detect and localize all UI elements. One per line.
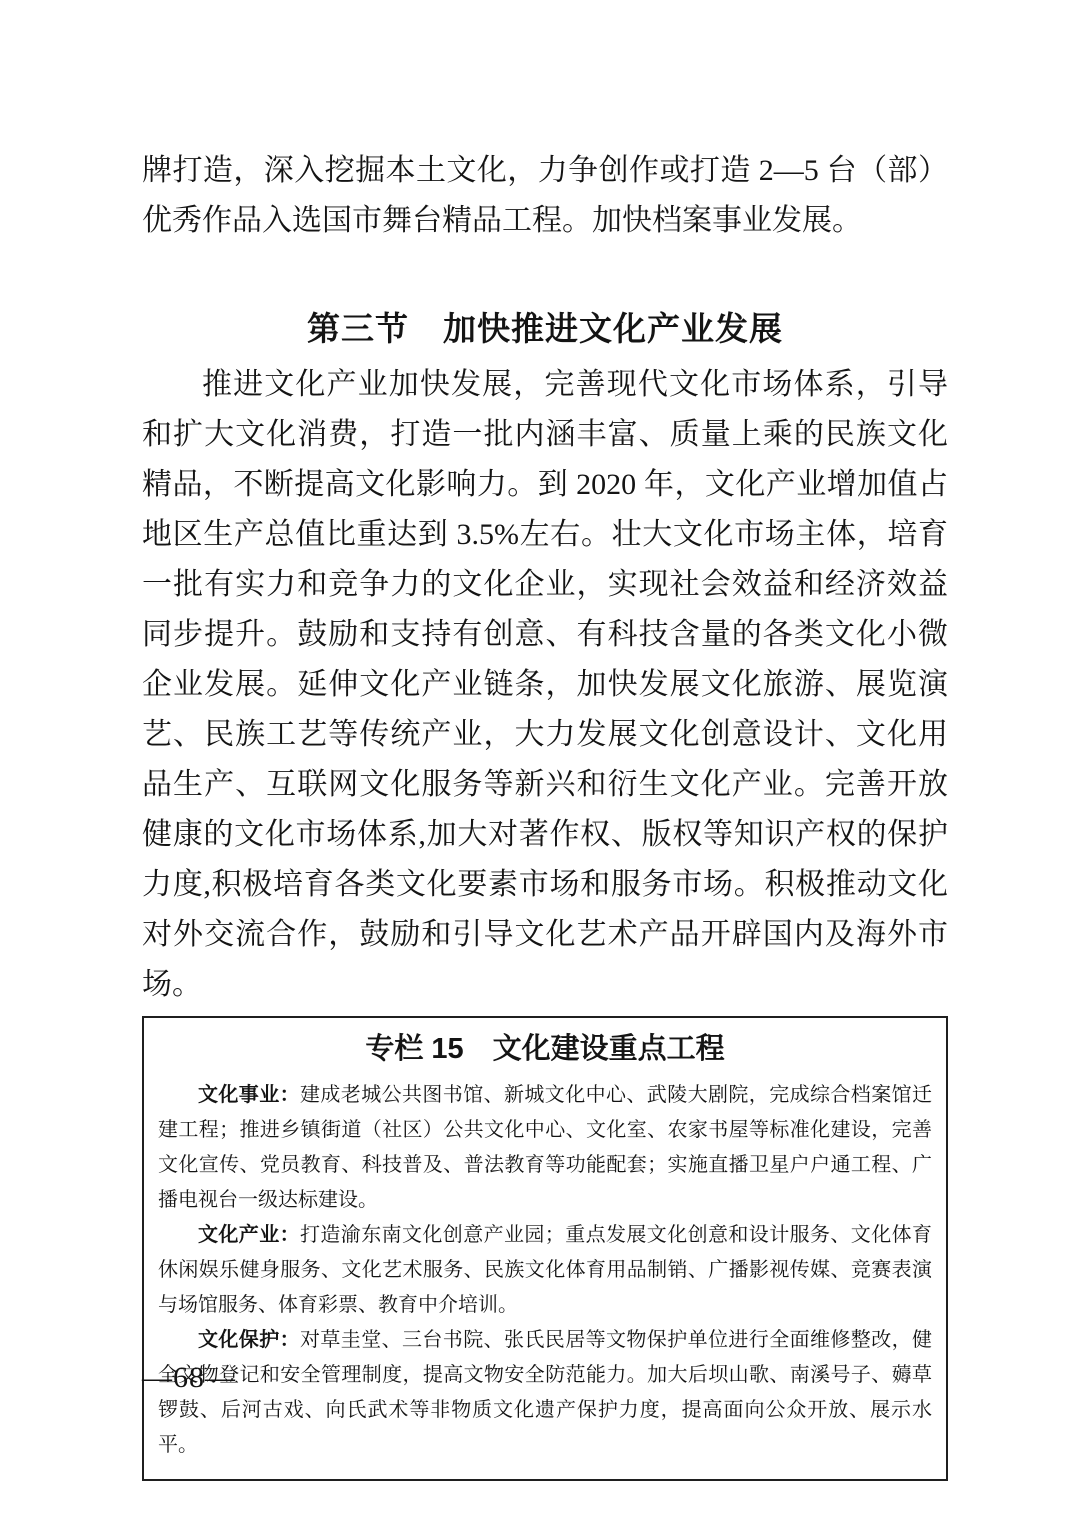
callout-box-title: 专栏 15 文化建设重点工程	[158, 1026, 932, 1072]
document-page: 牌打造，深入挖掘本土文化，力争创作或打造 2—5 台（部）优秀作品入选国市舞台精…	[0, 0, 1074, 1520]
callout-item-label: 文化事业：	[198, 1084, 300, 1106]
callout-box: 专栏 15 文化建设重点工程 文化事业：建成老城公共图书馆、新城文化中心、武陵大…	[142, 1016, 948, 1481]
callout-item-label: 文化产业：	[198, 1224, 300, 1246]
page-number: —68—	[142, 1360, 236, 1396]
text-column: 牌打造，深入挖掘本土文化，力争创作或打造 2—5 台（部）优秀作品入选国市舞台精…	[142, 0, 948, 1481]
callout-item-culture-undertakings: 文化事业：建成老城公共图书馆、新城文化中心、武陵大剧院，完成综合档案馆迁建工程；…	[158, 1078, 932, 1218]
section-body-paragraph: 推进文化产业加快发展，完善现代文化市场体系，引导和扩大文化消费，打造一批内涵丰富…	[142, 360, 948, 1010]
callout-item-culture-industry: 文化产业：打造渝东南文化创意产业园；重点发展文化创意和设计服务、文化体育休闲娱乐…	[158, 1218, 932, 1323]
section-heading: 第三节 加快推进文化产业发展	[142, 302, 948, 358]
intro-paragraph: 牌打造，深入挖掘本土文化，力争创作或打造 2—5 台（部）优秀作品入选国市舞台精…	[142, 0, 948, 246]
callout-item-label: 文化保护：	[198, 1329, 300, 1351]
callout-item-culture-protection: 文化保护：对草圭堂、三台书院、张氏民居等文物保护单位进行全面维修整改，健全文物登…	[158, 1323, 932, 1463]
